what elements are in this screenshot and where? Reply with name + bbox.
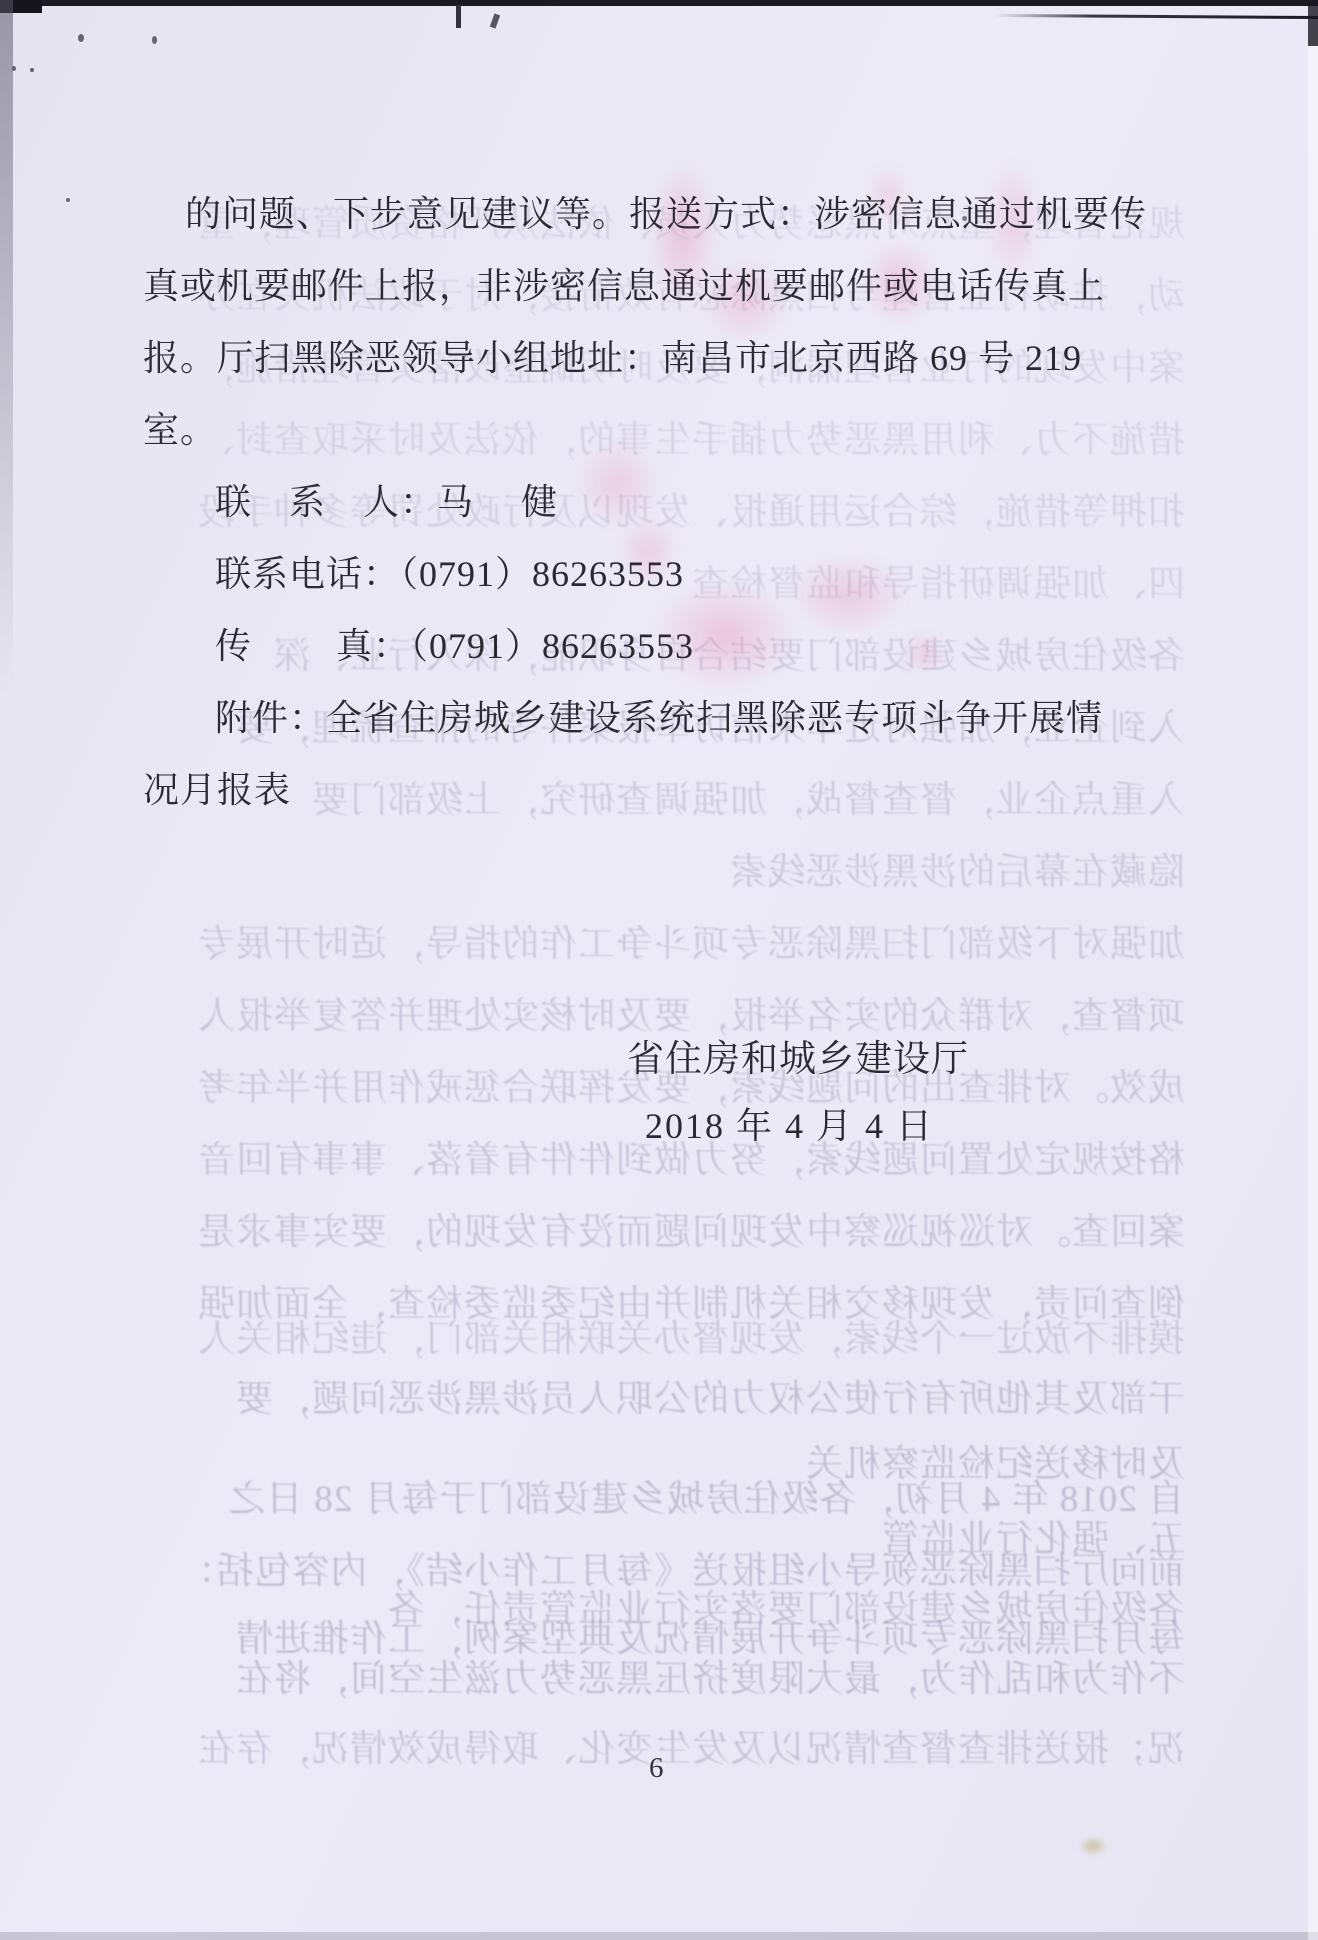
page-number: 6	[649, 1752, 664, 1785]
body-line-2: 真或机要邮件上报，非涉密信息通过机要邮件或电话传真上	[143, 250, 1143, 322]
bleedthrough-text: 每月扫黑除恶专项斗争开展情况及典型案例，工作推进情	[140, 1620, 1185, 1660]
ink-speck	[66, 198, 70, 202]
bleedthrough-text: 摸排不放过一个线索，发现督办关联相关部门，违纪相关人	[140, 1320, 1185, 1360]
bleedthrough-text: 干部及其他所有行使公权力的公职人员涉黑涉恶问题，要	[140, 1380, 1185, 1420]
ink-speck	[152, 36, 157, 44]
contact-phone-line: 联系电话：（0791）86263553	[143, 538, 1143, 610]
body-line-1: 的问题、下步意见建议等。报送方式：涉密信息通过机要传	[143, 178, 1143, 250]
scan-top-border	[0, 0, 1318, 6]
attachment-line: 附件：全省住房城乡建设系统扫黑除恶专项斗争开展情	[143, 682, 1143, 754]
ink-speck	[12, 66, 16, 71]
ink-tick-mark	[456, 5, 461, 28]
bleedthrough-text: 隐藏在幕后的涉黑涉恶线索	[140, 853, 1185, 893]
body-line-3: 报。厅扫黑除恶领导小组地址：南昌市北京西路 69 号 219	[143, 322, 1143, 394]
bleedthrough-text: 案回查。对巡视巡察中发现问题而没有发现的，要实事求是	[140, 1213, 1185, 1253]
issuing-authority-signature: 省住房和城乡建设厅	[627, 1028, 969, 1082]
scan-left-edge-shadow	[0, 0, 13, 700]
scan-right-edge-highlight	[1308, 46, 1318, 1940]
letter-body: 的问题、下步意见建议等。报送方式：涉密信息通过机要传 真或机要邮件上报，非涉密信…	[143, 178, 1143, 826]
contact-person-line: 联 系 人：马 健	[143, 466, 1143, 538]
ink-speck	[78, 34, 84, 42]
bleedthrough-text: 不作为和乱作为，最大限度挤压黑恶势力滋生空间，将在	[140, 1660, 1185, 1700]
bleedthrough-text: 自 2018 年 4 月初，各级住房城乡建设部门于每月 28 日之	[140, 1480, 1185, 1520]
bleedthrough-text: 加强对下级部门扫黑除恶专项斗争工作的指导，适时开展专	[140, 925, 1185, 965]
document-date: 2018 年 4 月 4 日	[645, 1098, 934, 1149]
bleedthrough-text: 前向厅扫黑除恶领导小组报送《每月工作小结》，内容包括：	[140, 1552, 1185, 1592]
ink-speck	[30, 68, 34, 72]
ink-speck	[962, 216, 967, 221]
yellow-stain	[1078, 1836, 1108, 1856]
body-line-4: 室。	[143, 394, 1143, 466]
scan-top-right-edge	[1308, 0, 1318, 46]
scan-bottom-edge	[0, 1932, 1318, 1940]
scanned-document-page: 规范管理，重点对黑恶势力人员、依法从严格资质管理，重动，推动行业管理与扫黑除恶有…	[0, 0, 1318, 1940]
attachment-line-2: 况月报表	[143, 754, 1143, 826]
contact-fax-line: 传 真：（0791）86263553	[143, 610, 1143, 682]
